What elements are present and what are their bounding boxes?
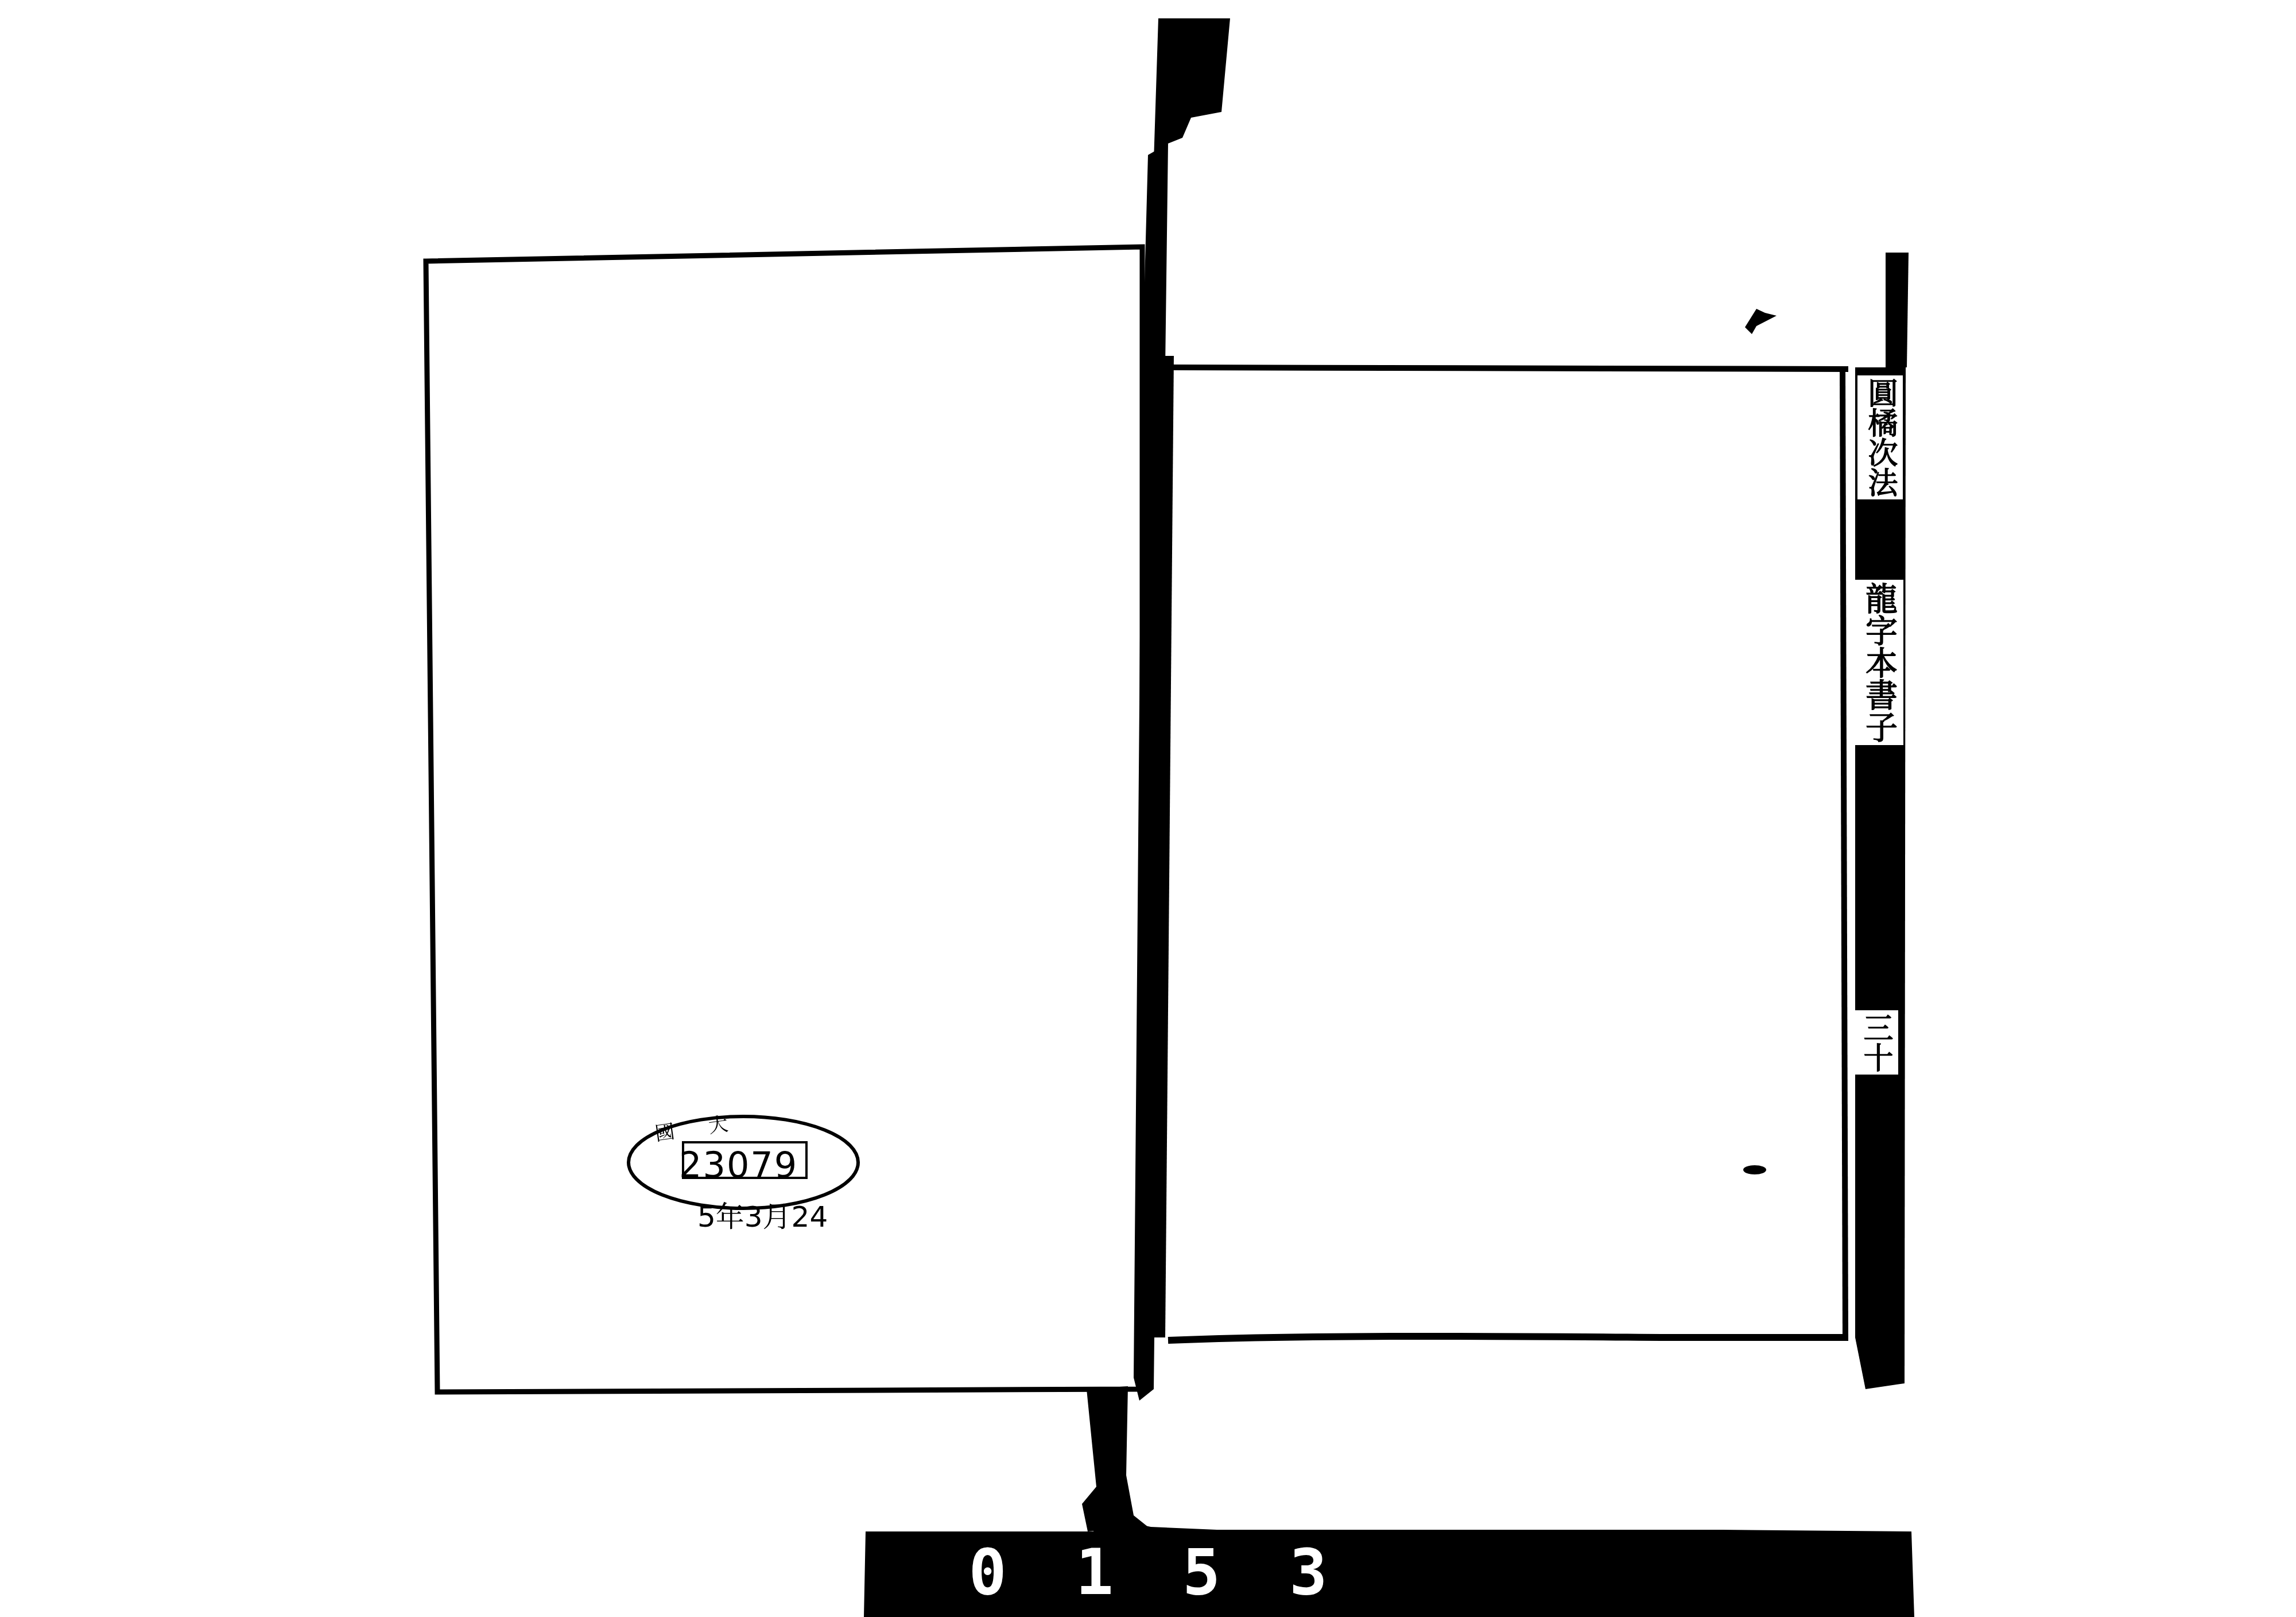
- spine-top-block: [1154, 18, 1230, 161]
- frame-counter: 0 1 5 3: [861, 1527, 1435, 1617]
- right-page-inner-edge: [1843, 367, 1845, 1340]
- frame-counter-digit: 1: [1076, 1535, 1114, 1609]
- right-spine-bottom: [1864, 1340, 1900, 1388]
- stamp-accession-number: 23079: [679, 1144, 798, 1186]
- right-page-bottom-edge: [1168, 1336, 1848, 1340]
- ink-blob-2: [1743, 1165, 1766, 1174]
- right-page-top-edge: [1168, 367, 1848, 369]
- book-scan-graphics: [0, 0, 2296, 1617]
- frame-counter-digit: 5: [1182, 1535, 1220, 1609]
- stamp-date: 5年3月24: [697, 1194, 828, 1235]
- ink-blob: [1745, 309, 1777, 334]
- right-spine-top: [1886, 253, 1909, 367]
- spine-title-label-3: 三十: [1853, 1010, 1898, 1075]
- right-spine-band: [1855, 367, 1906, 1389]
- spine-bottom-block: [1082, 1386, 1148, 1531]
- spine-title-label-1: 圓橘次法: [1855, 373, 1905, 502]
- frame-counter-digit: 0: [969, 1535, 1007, 1609]
- frame-counter-digit: 3: [1289, 1535, 1327, 1609]
- spine-title-label-2: 龍字本書子: [1855, 580, 1903, 745]
